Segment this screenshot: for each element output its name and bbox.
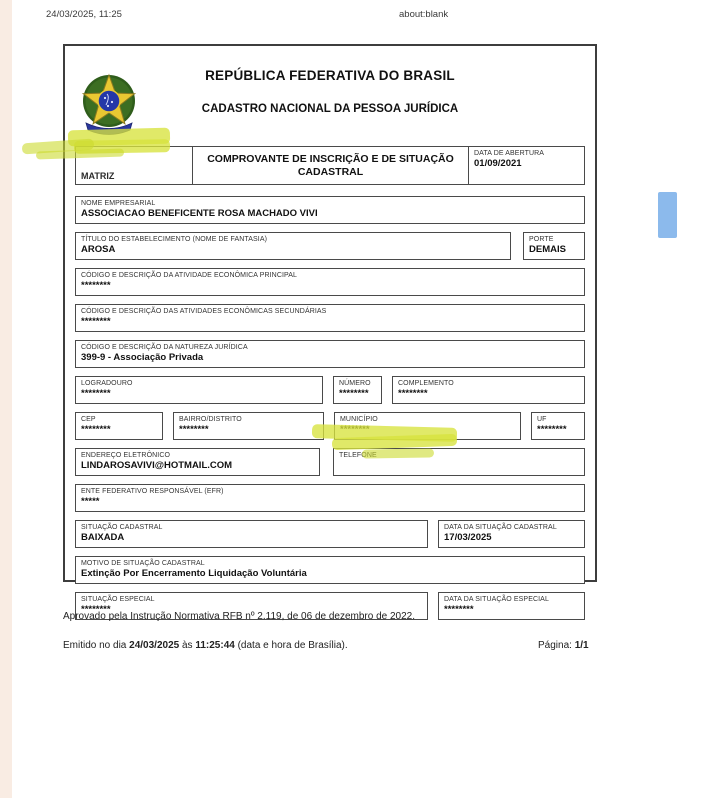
scrollbar-thumb[interactable] (658, 192, 677, 238)
field-value: Extinção Por Encerramento Liquidação Vol… (81, 568, 579, 580)
field-label: UF (537, 415, 579, 424)
field-value: 17/03/2025 (444, 532, 579, 544)
data-abertura-value: 01/09/2021 (474, 158, 579, 170)
page-label: Página: (538, 640, 575, 651)
field-label: CEP (81, 415, 157, 424)
field-value: ***** (81, 496, 579, 508)
emitted-date: 24/03/2025 (129, 640, 179, 651)
row-titulo-porte: TÍTULO DO ESTABELECIMENTO (NOME DE FANTA… (75, 232, 585, 260)
field-value: ******** (81, 388, 317, 400)
field-label: PORTE (529, 235, 579, 244)
field-atividade-principal: CÓDIGO E DESCRIÇÃO DA ATIVIDADE ECONÔMIC… (75, 268, 585, 296)
emitted-prefix: Emitido no dia (63, 640, 129, 651)
row-nome-empresarial: NOME EMPRESARIAL ASSOCIACAO BENEFICENTE … (75, 196, 585, 224)
comprovante-title: COMPROVANTE DE INSCRIÇÃO E DE SITUAÇÃO C… (193, 147, 469, 184)
field-titulo-estabelecimento: TÍTULO DO ESTABELECIMENTO (NOME DE FANTA… (75, 232, 511, 260)
field-label: SITUAÇÃO ESPECIAL (81, 595, 422, 604)
field-uf: UF ******** (531, 412, 585, 440)
field-value: LINDAROSAVIVI@HOTMAIL.COM (81, 460, 314, 472)
row-situacao-cadastral: SITUAÇÃO CADASTRAL BAIXADA DATA DA SITUA… (75, 520, 585, 548)
field-value: ******** (537, 424, 579, 436)
field-value (339, 460, 579, 472)
field-numero: NÚMERO ******** (333, 376, 382, 404)
field-value: ******** (81, 280, 579, 292)
field-logradouro: LOGRADOURO ******** (75, 376, 323, 404)
field-value: ******** (444, 604, 579, 616)
field-label: SITUAÇÃO CADASTRAL (81, 523, 422, 532)
field-natureza-juridica: CÓDIGO E DESCRIÇÃO DA NATUREZA JURÍDICA … (75, 340, 585, 368)
emitted-suffix: (data e hora de Brasília). (235, 640, 348, 651)
row-natureza-juridica: CÓDIGO E DESCRIÇÃO DA NATUREZA JURÍDICA … (75, 340, 585, 368)
field-label: NÚMERO (339, 379, 376, 388)
field-label: CÓDIGO E DESCRIÇÃO DA ATIVIDADE ECONÔMIC… (81, 271, 579, 280)
emitted-mid: às (179, 640, 195, 651)
field-value: ******** (339, 388, 376, 400)
field-label: LOGRADOURO (81, 379, 317, 388)
field-label: CÓDIGO E DESCRIÇÃO DAS ATIVIDADES ECONÔM… (81, 307, 579, 316)
row-efr: ENTE FEDERATIVO RESPONSÁVEL (EFR) ***** (75, 484, 585, 512)
certificate-header: REPÚBLICA FEDERATIVA DO BRASIL CADASTRO … (75, 68, 585, 146)
brazil-coat-of-arms-icon (77, 72, 141, 138)
row-contato: ENDEREÇO ELETRÔNICO LINDAROSAVIVI@HOTMAI… (75, 448, 585, 476)
field-label: ENTE FEDERATIVO RESPONSÁVEL (EFR) (81, 487, 579, 496)
emitted-time: 11:25:44 (195, 640, 234, 651)
comprovante-title-line1: COMPROVANTE DE INSCRIÇÃO E DE SITUAÇÃO (193, 153, 468, 166)
field-label: CÓDIGO E DESCRIÇÃO DA NATUREZA JURÍDICA (81, 343, 579, 352)
field-porte: PORTE DEMAIS (523, 232, 585, 260)
left-edge-strip (0, 0, 12, 798)
emitted-note: Emitido no dia 24/03/2025 às 11:25:44 (d… (63, 640, 348, 651)
field-motivo-situacao: MOTIVO DE SITUAÇÃO CADASTRAL Extinção Po… (75, 556, 585, 584)
field-cep: CEP ******** (75, 412, 163, 440)
field-label: DATA DA SITUAÇÃO ESPECIAL (444, 595, 579, 604)
branch-label: MATRIZ (81, 171, 114, 181)
print-header-page-title: about:blank (399, 9, 448, 20)
field-value: ******** (398, 388, 579, 400)
field-efr: ENTE FEDERATIVO RESPONSÁVEL (EFR) ***** (75, 484, 585, 512)
field-label: NOME EMPRESARIAL (81, 199, 579, 208)
browser-print-header: 24/03/2025, 11:25 about:blank (0, 9, 720, 25)
field-label: BAIRRO/DISTRITO (179, 415, 318, 424)
field-bairro-distrito: BAIRRO/DISTRITO ******** (173, 412, 324, 440)
inscricao-cell: MATRIZ (76, 147, 193, 184)
field-situacao-cadastral: SITUAÇÃO CADASTRAL BAIXADA (75, 520, 428, 548)
page-value: 1/1 (575, 640, 589, 651)
field-telefone: TELEFONE (333, 448, 585, 476)
field-label: ENDEREÇO ELETRÔNICO (81, 451, 314, 460)
field-nome-empresarial: NOME EMPRESARIAL ASSOCIACAO BENEFICENTE … (75, 196, 585, 224)
cnpj-subtitle: CADASTRO NACIONAL DA PESSOA JURÍDICA (75, 103, 585, 115)
row-endereco-2: CEP ******** BAIRRO/DISTRITO ******** MU… (75, 412, 585, 440)
field-data-situacao-especial: DATA DA SITUAÇÃO ESPECIAL ******** (438, 592, 585, 620)
field-value: ******** (81, 424, 157, 436)
field-value: BAIXADA (81, 532, 422, 544)
row-atividades-secundarias: CÓDIGO E DESCRIÇÃO DAS ATIVIDADES ECONÔM… (75, 304, 585, 332)
data-abertura-cell: DATA DE ABERTURA 01/09/2021 (469, 147, 584, 184)
print-header-datetime: 24/03/2025, 11:25 (46, 9, 122, 20)
comprovante-banner: MATRIZ COMPROVANTE DE INSCRIÇÃO E DE SIT… (75, 146, 585, 185)
row-motivo-situacao: MOTIVO DE SITUAÇÃO CADASTRAL Extinção Po… (75, 556, 585, 584)
field-value: AROSA (81, 244, 505, 256)
field-label: TELEFONE (339, 451, 579, 460)
field-endereco-eletronico: ENDEREÇO ELETRÔNICO LINDAROSAVIVI@HOTMAI… (75, 448, 320, 476)
row-endereco-1: LOGRADOURO ******** NÚMERO ******** COMP… (75, 376, 585, 404)
field-value: ******** (340, 424, 515, 436)
field-label: MOTIVO DE SITUAÇÃO CADASTRAL (81, 559, 579, 568)
page-indicator: Página: 1/1 (538, 640, 589, 651)
field-data-situacao-cadastral: DATA DA SITUAÇÃO CADASTRAL 17/03/2025 (438, 520, 585, 548)
field-label: MUNICÍPIO (340, 415, 515, 424)
comprovante-title-line2: CADASTRAL (193, 166, 468, 179)
field-label: DATA DA SITUAÇÃO CADASTRAL (444, 523, 579, 532)
field-value: ******** (179, 424, 318, 436)
republic-title: REPÚBLICA FEDERATIVA DO BRASIL (75, 68, 585, 83)
field-atividades-secundarias: CÓDIGO E DESCRIÇÃO DAS ATIVIDADES ECONÔM… (75, 304, 585, 332)
field-value: 399-9 - Associação Privada (81, 352, 579, 364)
cnpj-certificate-sheet: REPÚBLICA FEDERATIVA DO BRASIL CADASTRO … (63, 44, 597, 582)
row-atividade-principal: CÓDIGO E DESCRIÇÃO DA ATIVIDADE ECONÔMIC… (75, 268, 585, 296)
data-abertura-label: DATA DE ABERTURA (474, 149, 579, 158)
field-label: COMPLEMENTO (398, 379, 579, 388)
field-value: ASSOCIACAO BENEFICENTE ROSA MACHADO VIVI (81, 208, 579, 220)
field-value: DEMAIS (529, 244, 579, 256)
field-complemento: COMPLEMENTO ******** (392, 376, 585, 404)
approval-note: Aprovado pela Instrução Normativa RFB nº… (63, 611, 415, 622)
field-value: ******** (81, 316, 579, 328)
field-municipio: MUNICÍPIO ******** (334, 412, 521, 440)
field-label: TÍTULO DO ESTABELECIMENTO (NOME DE FANTA… (81, 235, 505, 244)
